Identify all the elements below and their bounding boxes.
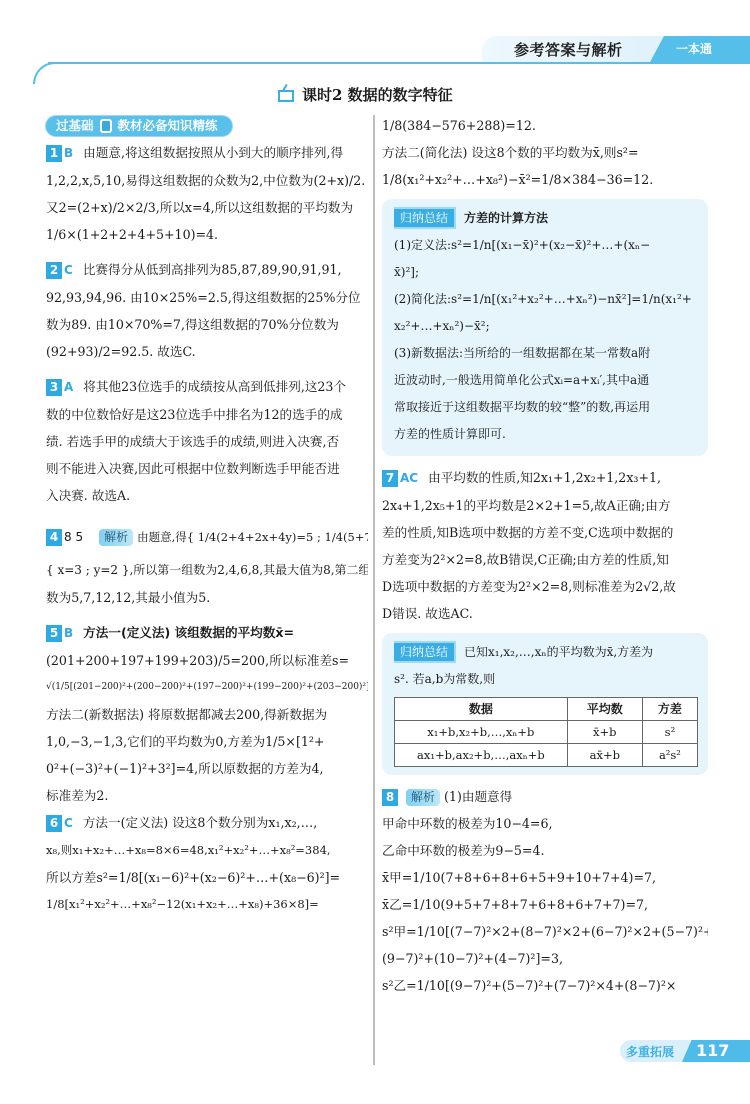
text-line: (2)简化法:s²=1/n[(x₁²+x₂²+…+xₙ²)−nx̄²]=1/n(…: [394, 286, 698, 313]
table-row: ax₁+b,ax₂+b,…,axₙ+b ax̄+b a²s²: [395, 744, 698, 767]
question-number: 4: [46, 529, 62, 546]
page-number: 117: [696, 1041, 729, 1060]
text-line: 0²+(−3)²+(−1)²+3²]=4,所以原数据的方差为4,: [46, 755, 368, 782]
question-number: 3: [46, 379, 62, 396]
text-line: 常取接近于这组数据平均数的较“整”的数,再运用: [394, 394, 698, 421]
question-number: 7: [382, 470, 398, 487]
lesson-title: 课时2 数据的数字特征: [278, 83, 453, 105]
question-number: 8: [382, 789, 398, 806]
header-rule: [48, 62, 750, 64]
text-line: 2x₄+1,2x₅+1的平均数是2×2+1=5,故A正确;由方: [382, 492, 708, 519]
answer-choice: B: [64, 146, 73, 160]
text-line: (9−7)²+(10−7)²+(4−7)²]=3,: [382, 945, 708, 972]
text-line: √(1/5[(201−200)²+(200−200)²+(197−200)²+(…: [46, 674, 368, 701]
text-line: x̄)²];: [394, 259, 698, 286]
header-title-pill: 参考答案与解析: [482, 36, 682, 62]
answer-q3: 3A将其他23位选手的成绩按从高到低排列,这23个 数的中位数恰好是这23位选手…: [46, 373, 368, 509]
text-line: (1)定义法:s²=1/n[(x₁−x̄)²+(x₂−x̄)²+…+(xₙ−: [394, 232, 698, 259]
text-line: 所以方差s²=1/8[(x₁−6)²+(x₂−6)²+…+(x₈−6)²]=: [46, 864, 368, 891]
header-tab-label: 一本通: [676, 40, 712, 57]
text-line: 差的性质,知B选项中数据的方差不变,C选项中数据的: [382, 519, 708, 546]
section-label-right: 教材必备知识精练: [118, 112, 218, 139]
text-line: 1/8(x₁²+x₂²+…+x₈²)−x̄²=1/8×384−36=12.: [382, 166, 708, 193]
left-column: 过基础 教材必备知识精练 1B由题意,将这组数据按照从小到大的顺序排列,得 1,…: [46, 112, 368, 918]
text-line: x₂²+…+xₙ²)−x̄²;: [394, 313, 698, 340]
text-line: (1)由题意得: [444, 789, 512, 804]
properties-table: 数据 平均数 方差 x₁+b,x₂+b,…,xₙ+b x̄+b s² ax₁+b…: [394, 697, 698, 767]
answer-q8: 8解析(1)由题意得 甲命中环数的极差为10−4=6, 乙命中环数的极差为9−5…: [382, 783, 708, 999]
text-line: 数为5,7,12,12,其最小值为5.: [46, 584, 368, 611]
answer-q7: 7AC由平均数的性质,知2x₁+1,2x₂+1,2x₃+1, 2x₄+1,2x₅…: [382, 464, 708, 627]
header-tab: 一本通: [650, 36, 750, 62]
summary-tag: 归纳总结: [394, 209, 454, 227]
question-number: 5: [46, 625, 62, 642]
text-line: 由题意,将这组数据按照从小到大的顺序排列,得: [83, 145, 343, 160]
text-line: 方法一(定义法) 该组数据的平均数x̄=: [83, 625, 294, 640]
text-line: 1,2,2,x,5,10,易得这组数据的众数为2,中位数为(2+x)/2.: [46, 167, 368, 194]
header-badge: 参考答案与解析 一本通: [482, 36, 750, 62]
book-icon: [100, 119, 112, 133]
text-line: 近波动时,一般选用简单化公式xᵢ=a+xᵢ′,其中a通: [394, 367, 698, 394]
text-line: 标准差为2.: [46, 782, 368, 809]
text-line: { x=3 ; y=2 },所以第一组数为2,4,6,8,其最大值为8,第二组: [46, 557, 368, 584]
table-header: 数据: [395, 698, 568, 721]
text-line: x₈,则x₁+x₂+…+x₈=8×6=48,x₁²+x₂²+…+x₈²=384,: [46, 837, 368, 864]
text-line: D选项中数据的方差变为2²×2=8,则标准差为2√2,故: [382, 573, 708, 600]
table-row: x₁+b,x₂+b,…,xₙ+b x̄+b s²: [395, 721, 698, 744]
summary-box-properties: 归纳总结已知x₁,x₂,…,xₙ的平均数为x̄,方差为 s². 若a,b为常数,…: [382, 633, 708, 775]
text-line: 由平均数的性质,知2x₁+1,2x₂+1,2x₃+1,: [428, 470, 661, 485]
text-line: 1/8(384−576+288)=12.: [382, 112, 708, 139]
text-line: 数为89. 由10×70%=7,得这组数据的70%分位数为: [46, 311, 368, 338]
text-line: 将其他23位选手的成绩按从高到低排列,这23个: [83, 379, 346, 394]
table-header-row: 数据 平均数 方差: [395, 698, 698, 721]
text-line: s². 若a,b为常数,则: [394, 666, 698, 693]
table-cell: x̄+b: [567, 721, 642, 744]
answer-choice: C: [64, 816, 73, 830]
table-cell: x₁+b,x₂+b,…,xₙ+b: [395, 721, 568, 744]
text-line: (3)新数据法:当所给的一组数据都在某一常数a附: [394, 340, 698, 367]
text-line: 由题意,得{ 1/4(2+4+2x+4y)=5 ; 1/4(5+7+4x+6y)…: [137, 530, 368, 544]
table-cell: a²s²: [642, 744, 697, 767]
answer-q1: 1B由题意,将这组数据按照从小到大的顺序排列,得 1,2,2,x,5,10,易得…: [46, 139, 368, 248]
text-line: x̄乙=1/10(9+5+7+8+7+6+8+6+7+7)=7,: [382, 891, 708, 918]
answer-choice: C: [64, 263, 73, 277]
text-line: s²甲=1/10[(7−7)²×2+(8−7)²×2+(6−7)²×2+(5−7…: [382, 918, 708, 945]
text-line: 1,0,−3,−1,3,它们的平均数为0,方差为1/5×[1²+: [46, 728, 368, 755]
answer-choice: AC: [400, 471, 418, 485]
text-line: 绩. 若选手甲的成绩大于该选手的成绩,则进入决赛,否: [46, 428, 368, 455]
answer-q4: 48 5解析由题意,得{ 1/4(2+4+2x+4y)=5 ; 1/4(5+7+…: [46, 517, 368, 611]
footer-label: 多重拓展: [626, 1043, 674, 1060]
question-number: 1: [46, 145, 62, 162]
table-cell: ax̄+b: [567, 744, 642, 767]
text-line: 方法一(定义法) 设这8个数分别为x₁,x₂,…,: [83, 815, 317, 830]
text-line: 方差变为2²×2=8,故B错误,C正确;由方差的性质,知: [382, 546, 708, 573]
table-cell: s²: [642, 721, 697, 744]
question-number: 2: [46, 262, 62, 279]
text-line: 1/8[x₁²+x₂²+…+x₈²−12(x₁+x₂+…+x₈)+36×8]=: [46, 891, 368, 918]
answer-q5: 5B方法一(定义法) 该组数据的平均数x̄= (201+200+197+199+…: [46, 619, 368, 809]
tv-icon: [278, 90, 294, 102]
answer-q2: 2C比赛得分从低到高排列为85,87,89,90,91,91, 92,93,94…: [46, 256, 368, 365]
summary-box-variance-methods: 归纳总结方差的计算方法 (1)定义法:s²=1/n[(x₁−x̄)²+(x₂−x…: [382, 199, 708, 456]
text-line: 1/6×(1+2+2+4+5+10)=4.: [46, 221, 368, 248]
text-line: 乙命中环数的极差为9−5=4.: [382, 837, 708, 864]
footer-label-pill: 多重拓展: [620, 1040, 690, 1062]
column-divider: [373, 115, 375, 1065]
text-line: (92+93)/2=92.5. 故选C.: [46, 338, 368, 365]
section-header: 过基础 教材必备知识精练: [46, 116, 232, 136]
answer-values: 8 5: [64, 530, 83, 544]
text-line: 甲命中环数的极差为10−4=6,: [382, 810, 708, 837]
page-number-tab: 117: [682, 1040, 750, 1062]
text-line: 则不能进入决赛,因此可根据中位数判断选手甲能否进: [46, 455, 368, 482]
analysis-tag: 解析: [406, 789, 440, 806]
text-line: D错误. 故选AC.: [382, 600, 708, 627]
text-line: 92,93,94,96. 由10×25%=2.5,得这组数据的25%分位: [46, 284, 368, 311]
text-line: x̄甲=1/10(7+8+6+8+6+5+9+10+7+4)=7,: [382, 864, 708, 891]
text-line: 已知x₁,x₂,…,xₙ的平均数为x̄,方差为: [464, 645, 653, 659]
header-rule-curve: [33, 62, 63, 84]
text-line: 入决赛. 故选A.: [46, 482, 368, 509]
text-line: 比赛得分从低到高排列为85,87,89,90,91,91,: [83, 262, 342, 277]
header-title: 参考答案与解析: [514, 39, 623, 60]
table-header: 方差: [642, 698, 697, 721]
answer-choice: B: [64, 626, 73, 640]
section-label-left: 过基础: [56, 112, 94, 139]
answer-q6: 6C方法一(定义法) 设这8个数分别为x₁,x₂,…, x₈,则x₁+x₂+…+…: [46, 809, 368, 918]
text-line: 数的中位数恰好是这23位选手中排名为12的选手的成: [46, 401, 368, 428]
right-column: 1/8(384−576+288)=12. 方法二(简化法) 设这8个数的平均数为…: [382, 112, 708, 999]
question-number: 6: [46, 815, 62, 832]
answer-q6-continued: 1/8(384−576+288)=12. 方法二(简化法) 设这8个数的平均数为…: [382, 112, 708, 193]
summary-title: 方差的计算方法: [464, 211, 548, 225]
analysis-tag: 解析: [99, 529, 133, 546]
text-line: 又2=(2+x)/2×2/3,所以x=4,所以这组数据的平均数为: [46, 194, 368, 221]
answer-choice: A: [64, 380, 73, 394]
text-line: 方法二(简化法) 设这8个数的平均数为x̄,则s²=: [382, 139, 708, 166]
lesson-title-text: 课时2 数据的数字特征: [302, 84, 453, 105]
text-line: 方法二(新数据法) 将原数据都减去200,得新数据为: [46, 701, 368, 728]
summary-tag: 归纳总结: [394, 643, 454, 661]
table-cell: ax₁+b,ax₂+b,…,axₙ+b: [395, 744, 568, 767]
text-line: (201+200+197+199+203)/5=200,所以标准差s=: [46, 647, 368, 674]
text-line: 方差的性质计算即可.: [394, 421, 698, 448]
text-line: s²乙=1/10[(9−7)²+(5−7)²+(7−7)²×4+(8−7)²×: [382, 972, 708, 999]
table-header: 平均数: [567, 698, 642, 721]
page-footer: 多重拓展 117: [620, 1040, 750, 1062]
